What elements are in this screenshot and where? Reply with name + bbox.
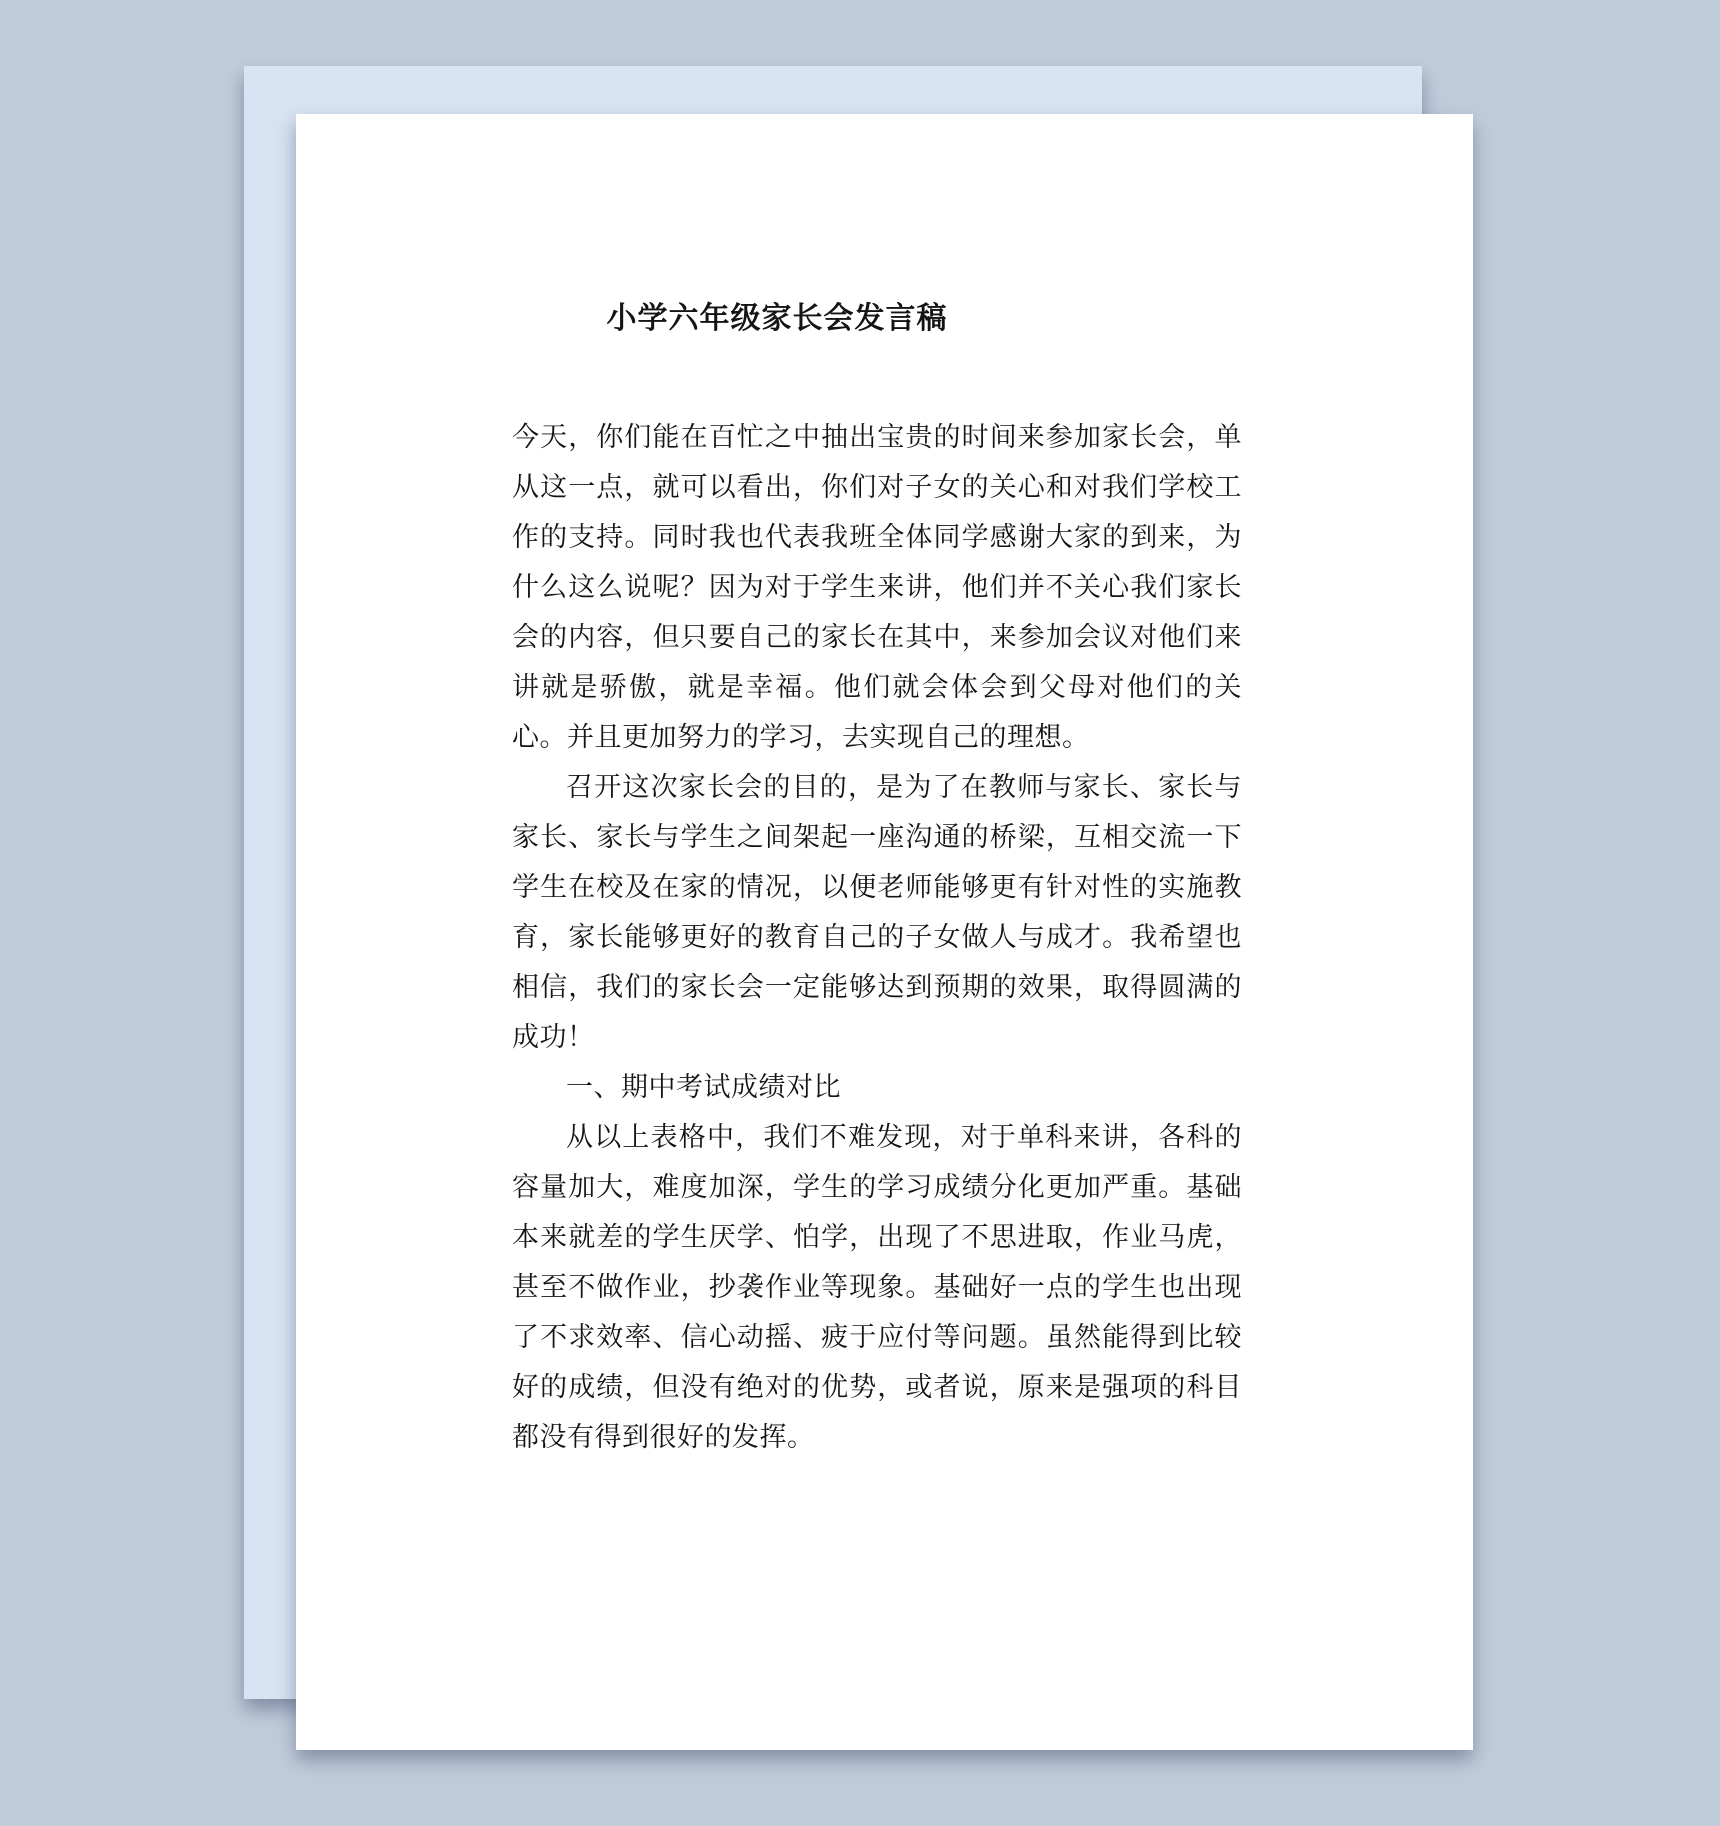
opening-paragraph: 今天，你们能在百忙之中抽出宝贵的时间来参加家长会，单从这一点，就可以看出，你们对… (512, 412, 1242, 762)
section-heading: 一、期中考试成绩对比 (512, 1062, 1242, 1112)
exam-analysis-paragraph: 从以上表格中，我们不难发现，对于单科来讲，各科的容量加大，难度加深，学生的学习成… (512, 1112, 1242, 1462)
document-page: 小学六年级家长会发言稿 今天，你们能在百忙之中抽出宝贵的时间来参加家长会，单从这… (296, 114, 1473, 1750)
desk-background: 小学六年级家长会发言稿 今天，你们能在百忙之中抽出宝贵的时间来参加家长会，单从这… (0, 0, 1720, 1826)
document-title: 小学六年级家长会发言稿 (512, 297, 1042, 341)
document-content: 小学六年级家长会发言稿 今天，你们能在百忙之中抽出宝贵的时间来参加家长会，单从这… (296, 114, 1473, 1750)
purpose-paragraph: 召开这次家长会的目的，是为了在教师与家长、家长与家长、家长与学生之间架起一座沟通… (512, 762, 1242, 1062)
